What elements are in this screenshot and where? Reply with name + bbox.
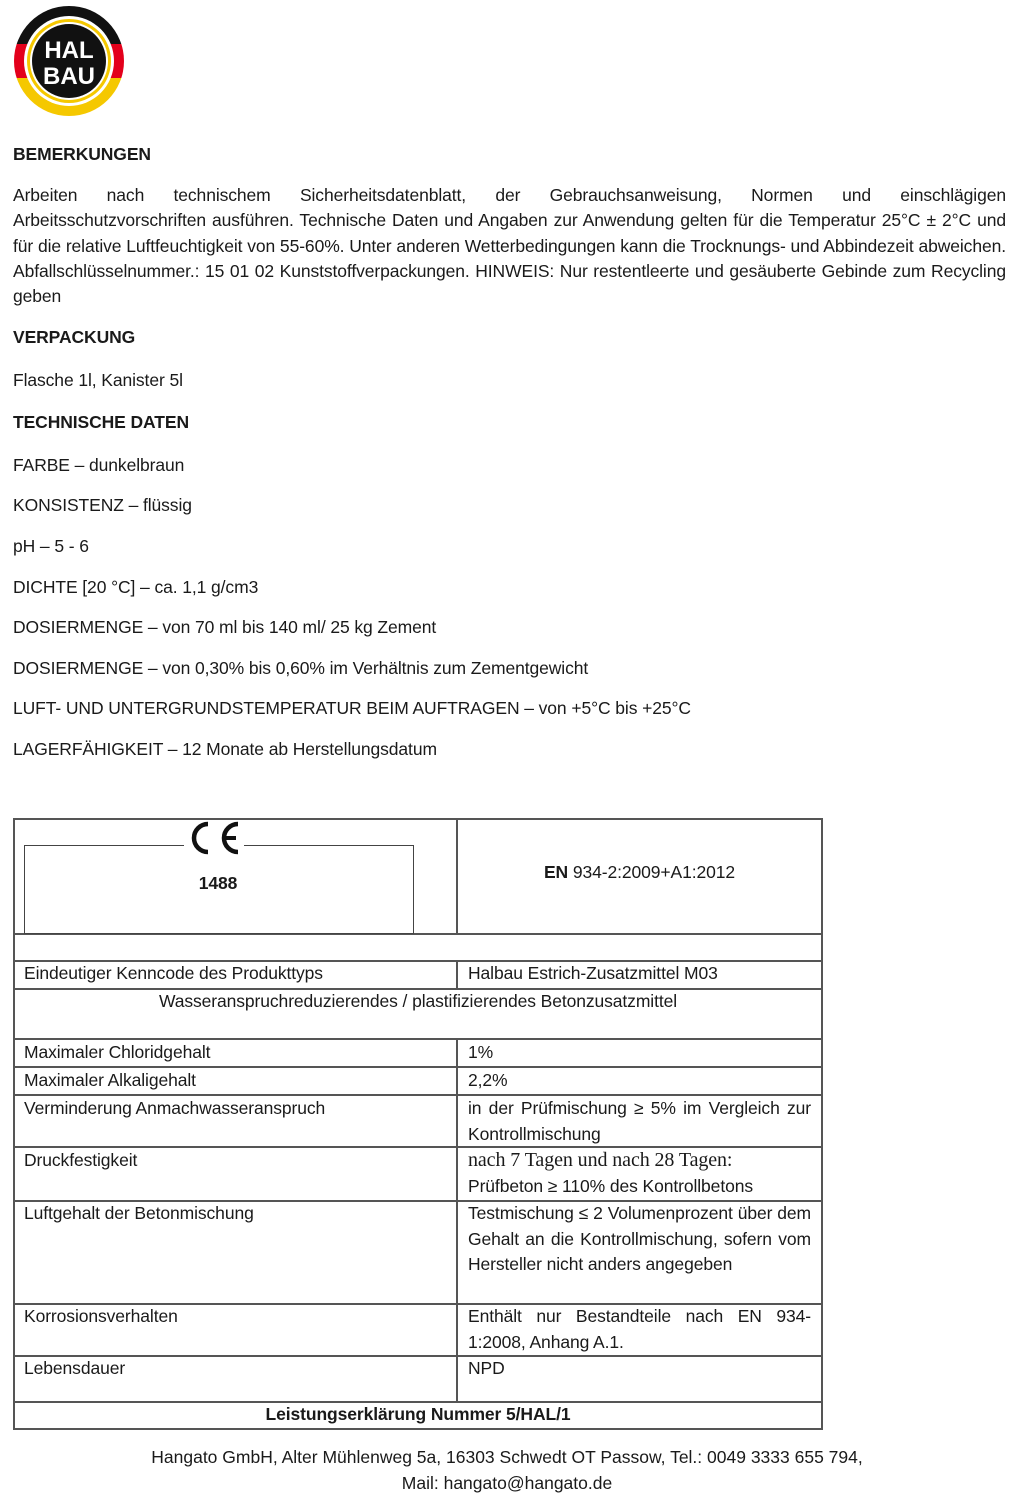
remarks-heading: BEMERKUNGEN <box>13 142 151 167</box>
row-label: Maximaler Chloridgehalt <box>24 1040 210 1066</box>
tech-item-dosage-percent: DOSIERMENGE – von 0,30% bis 0,60% im Ver… <box>13 656 588 681</box>
svg-text:BAU: BAU <box>43 63 95 90</box>
row-label: Verminderung Anmachwasseranspruch <box>24 1096 325 1122</box>
row-value: Enthält nur Bestandteile nach EN 934-1:2… <box>468 1304 811 1355</box>
svg-text:HAL: HAL <box>44 37 93 64</box>
standard-reference: EN 934-2:2009+A1:2012 <box>458 860 821 886</box>
packaging-text: Flasche 1l, Kanister 5l <box>13 368 183 393</box>
footer-address: Hangato GmbH, Alter Mühlenweg 5a, 16303 … <box>0 1444 1014 1470</box>
remarks-paragraph: Arbeiten nach technischem Sicherheitsdat… <box>13 183 1006 309</box>
product-code-label: Eindeutiger Kenncode des Produkttyps <box>24 961 323 987</box>
row-label: Druckfestigkeit <box>24 1148 137 1174</box>
row-value-line1: nach 7 Tagen und nach 28 Tagen: <box>468 1148 732 1174</box>
tech-item-density: DICHTE [20 °C] – ca. 1,1 g/cm3 <box>13 575 258 600</box>
product-code-value: Halbau Estrich-Zusatzmittel M03 <box>468 961 718 987</box>
row-value: NPD <box>468 1356 505 1382</box>
tech-item-temperature: LUFT- UND UNTERGRUNDSTEMPERATUR BEIM AUF… <box>13 696 691 721</box>
row-value: 2,2% <box>468 1068 508 1094</box>
tech-item-color: FARBE – dunkelbraun <box>13 453 184 478</box>
halbau-logo: HAL BAU <box>12 4 126 118</box>
tech-item-consistency: KONSISTENZ – flüssig <box>13 493 192 518</box>
ce-mark-icon <box>186 818 242 858</box>
row-value-line2: Prüfbeton ≥ 110% des Kontrollbetons <box>468 1174 753 1200</box>
tech-data-heading: TECHNISCHE DATEN <box>13 410 189 435</box>
row-label: Maximaler Alkaligehalt <box>24 1068 196 1094</box>
row-value: in der Prüfmischung ≥ 5% im Vergleich zu… <box>468 1096 811 1147</box>
declaration-number: Leistungserklärung Nummer 5/HAL/1 <box>13 1402 823 1428</box>
company-footer: Hangato GmbH, Alter Mühlenweg 5a, 16303 … <box>0 1444 1014 1496</box>
row-value: 1% <box>468 1040 493 1066</box>
row-label: Luftgehalt der Betonmischung <box>24 1201 254 1227</box>
footer-email: Mail: hangato@hangato.de <box>0 1470 1014 1496</box>
row-label: Korrosionsverhalten <box>24 1304 178 1330</box>
packaging-heading: VERPACKUNG <box>13 325 135 350</box>
tech-item-ph: pH – 5 - 6 <box>13 534 89 559</box>
tech-item-shelf-life: LAGERFÄHIGKEIT – 12 Monate ab Herstellun… <box>13 737 437 762</box>
row-value: Testmischung ≤ 2 Volumenprozent über dem… <box>468 1201 811 1278</box>
product-description: Wasseranspruchreduzierendes / plastifizi… <box>13 989 823 1015</box>
notified-body-number: 1488 <box>24 871 412 897</box>
tech-item-dosage-ml: DOSIERMENGE – von 70 ml bis 140 ml/ 25 k… <box>13 615 436 640</box>
row-label: Lebensdauer <box>24 1356 125 1382</box>
